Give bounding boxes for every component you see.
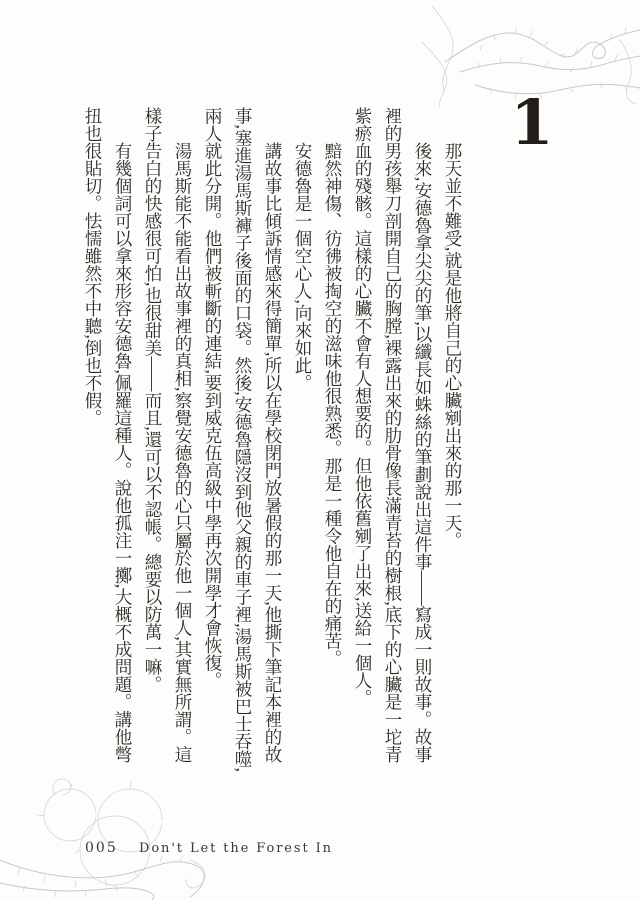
chapter-number: 1 [503,92,561,154]
thorn-swirls-sketch-icon [0,765,230,900]
page-footer: 005 Don't Let the Forest In [0,838,640,862]
running-title: Don't Let the Forest In [139,841,333,856]
paragraph: 講故事比傾訴情感來得簡單,所以在學校閉門放暑假的那一天,他撕下筆記本裡的故事,塞… [198,107,288,773]
paragraph: 湯馬斯能不能看出故事裡的真相,察覺安德魯的心只屬於他一個人,其實無所謂。這樣子告… [138,107,198,773]
paragraph: 黯然神傷、彷彿被掏空的滋味他很熟悉。那是一種令他自在的痛苦。 [318,107,348,773]
paragraph: 那天並不難受,就是他將自己的心臟剜出來的那一天。 [438,107,468,773]
page-number: 005 [85,840,118,856]
book-page: 1 那天並不難受,就是他將自己的心臟剜出來的那一天。 後來,安德魯拿尖尖的筆,以… [0,0,640,900]
paragraph: 有幾個詞可以拿來形容安德魯,佩羅這種人。說他孤注一擲,大概不成問題。講他彆扭也很… [78,107,138,773]
paragraph: 後來,安德魯拿尖尖的筆,以纖長如蛛絲的筆劃說出這件事——寫成一則故事。故事裡的男… [348,107,438,773]
paragraph: 安德魯是一個空心人,向來如此。 [288,107,318,773]
body-text: 那天並不難受,就是他將自己的心臟剜出來的那一天。 後來,安德魯拿尖尖的筆,以纖長… [78,107,468,773]
